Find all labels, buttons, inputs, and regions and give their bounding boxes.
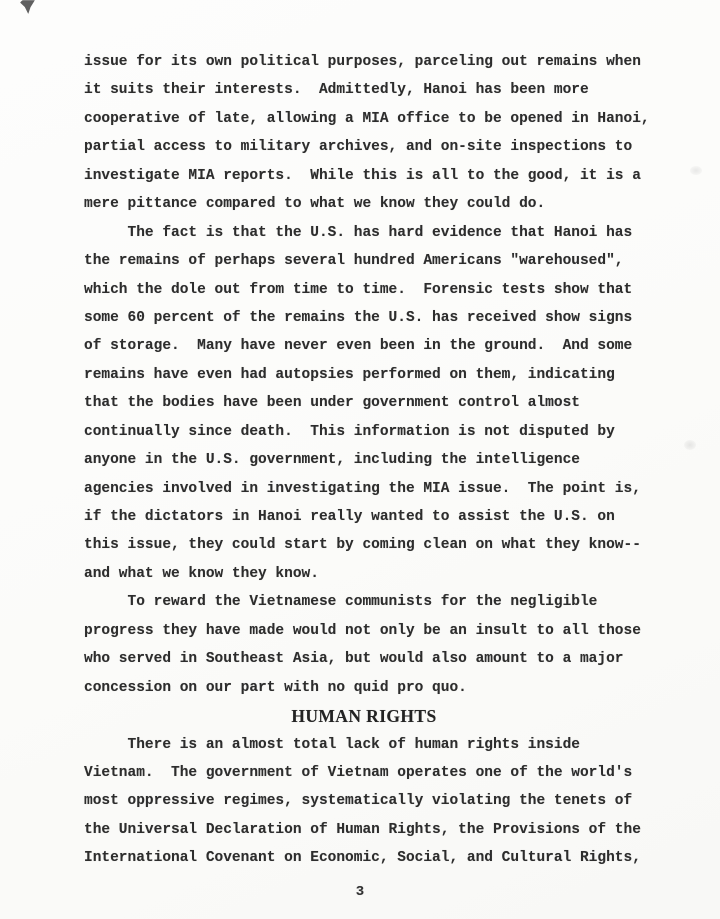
document-line: International Covenant on Economic, Soci… [84, 844, 644, 872]
document-text-body: issue for its own political purposes, pa… [84, 48, 644, 873]
document-line: some 60 percent of the remains the U.S. … [84, 304, 644, 332]
document-line: cooperative of late, allowing a MIA offi… [84, 105, 644, 133]
document-line: who served in Southeast Asia, but would … [84, 645, 644, 673]
document-line: anyone in the U.S. government, including… [84, 446, 644, 474]
document-line: HUMAN RIGHTS [84, 702, 644, 730]
document-line: that the bodies have been under governme… [84, 389, 644, 417]
document-line: issue for its own political purposes, pa… [84, 48, 644, 76]
document-line: investigate MIA reports. While this is a… [84, 162, 644, 190]
page-number: 3 [0, 884, 720, 900]
scanned-document-page: issue for its own political purposes, pa… [0, 0, 720, 919]
scan-artifact-smudge [684, 440, 696, 450]
document-line: most oppressive regimes, systematically … [84, 787, 644, 815]
document-line: which the dole out from time to time. Fo… [84, 276, 644, 304]
document-line: The fact is that the U.S. has hard evide… [84, 219, 644, 247]
document-line: concession on our part with no quid pro … [84, 674, 644, 702]
document-line: the Universal Declaration of Human Right… [84, 816, 644, 844]
document-line: progress they have made would not only b… [84, 617, 644, 645]
document-line: it suits their interests. Admittedly, Ha… [84, 76, 644, 104]
document-line: agencies involved in investigating the M… [84, 475, 644, 503]
document-line: and what we know they know. [84, 560, 644, 588]
document-line: mere pittance compared to what we know t… [84, 190, 644, 218]
scan-artifact-ink-mark [20, 0, 35, 14]
document-line: this issue, they could start by coming c… [84, 531, 644, 559]
document-line: if the dictators in Hanoi really wanted … [84, 503, 644, 531]
document-line: continually since death. This informatio… [84, 418, 644, 446]
document-line: the remains of perhaps several hundred A… [84, 247, 644, 275]
document-line: partial access to military archives, and… [84, 133, 644, 161]
document-line: Vietnam. The government of Vietnam opera… [84, 759, 644, 787]
scan-artifact-smudge [690, 166, 702, 175]
document-line: To reward the Vietnamese communists for … [84, 588, 644, 616]
document-line: remains have even had autopsies performe… [84, 361, 644, 389]
document-line: of storage. Many have never even been in… [84, 332, 644, 360]
document-line: There is an almost total lack of human r… [84, 731, 644, 759]
